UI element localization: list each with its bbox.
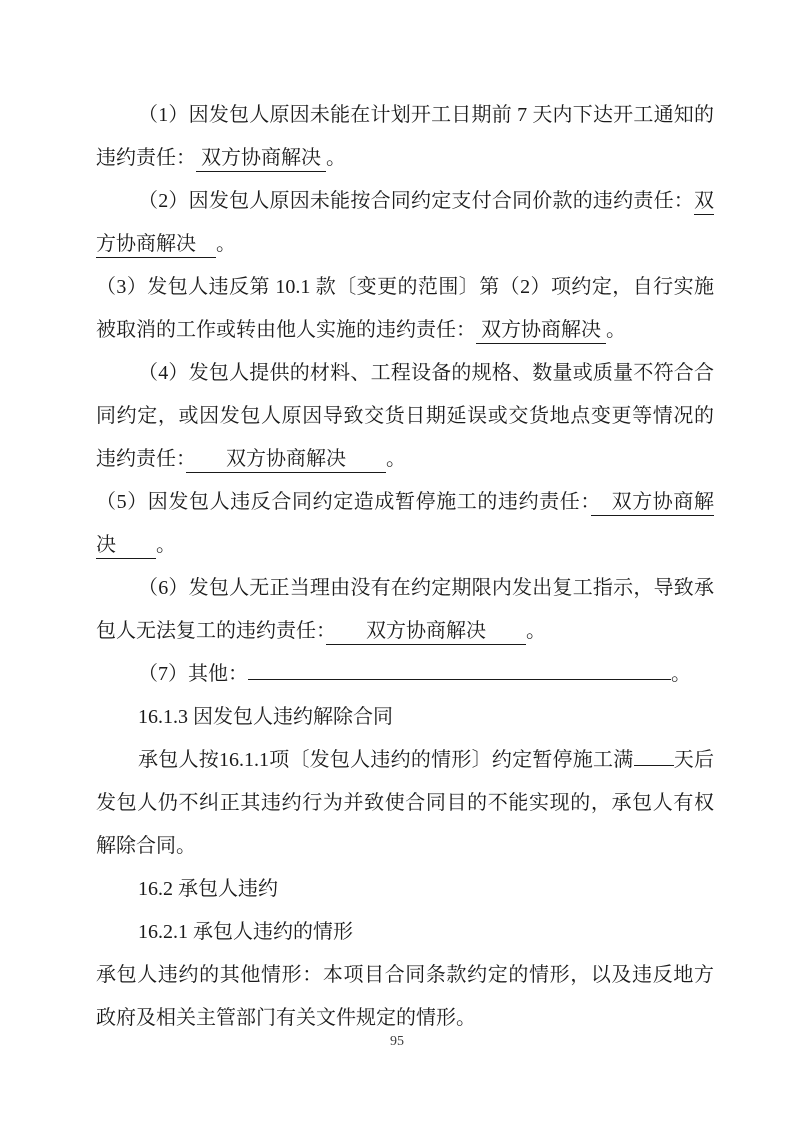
clause-item-5: （5）因发包人违反合同约定造成暂停施工的违约责任： 双方协商解决 。 [96, 481, 714, 567]
paragraph-text: 承包人违约的其他情形：本项目合同条款约定的情形，以及违反地方政府及相关主管部门有… [96, 964, 714, 1029]
heading-16-2-1: 16.2.1 承包人违约的情形 [96, 911, 714, 954]
clause-item-2: （2）因发包人原因未能按合同约定支付合同价款的违约责任：双方协商解决 。 [96, 180, 714, 266]
clause-item-6: （6）发包人无正当理由没有在约定期限内发出复工指示，导致承包人无法复工的违约责任… [96, 567, 714, 653]
filled-blank-text: 双方协商解决 [196, 147, 326, 172]
paragraph-text: 16.2.1 承包人违约的情形 [138, 921, 353, 943]
paragraph-text: 。 [386, 448, 406, 470]
para-16-2-1-body: 承包人违约的其他情形：本项目合同条款约定的情形，以及违反地方政府及相关主管部门有… [96, 954, 714, 1040]
paragraph-text: 。 [216, 233, 236, 255]
paragraph-text: 。 [606, 319, 626, 341]
document-page: （1）因发包人原因未能在计划开工日期前 7 天内下达开工通知的违约责任： 双方协… [0, 0, 794, 1122]
paragraph-text: 16.1.3 因发包人违约解除合同 [138, 706, 393, 728]
blank-underline [248, 659, 671, 680]
paragraph-text: （5）因发包人违反合同约定造成暂停施工的违约责任： [96, 491, 591, 513]
paragraph-text: 。 [671, 663, 691, 685]
filled-blank-text: 双方协商解决 [476, 319, 606, 344]
paragraph-text: 16.2 承包人违约 [138, 878, 278, 900]
heading-16-1-3: 16.1.3 因发包人违约解除合同 [96, 696, 714, 739]
paragraph-text: （1）因发包人原因未能在计划开工日期前 7 天内下达开工通知的违约责任： [96, 104, 714, 169]
paragraph-text: 承包人按16.1.1项〔发包人违约的情形〕约定暂停施工满 [138, 749, 634, 771]
paragraph-text: 。 [326, 147, 346, 169]
document-body: （1）因发包人原因未能在计划开工日期前 7 天内下达开工通知的违约责任： 双方协… [96, 94, 714, 1040]
paragraph-text: 。 [526, 620, 546, 642]
paragraph-text: 。 [156, 534, 176, 556]
paragraph-text: （2）因发包人原因未能按合同约定支付合同价款的违约责任： [138, 190, 694, 212]
clause-item-3: （3）发包人违反第 10.1 款〔变更的范围〕第（2）项约定，自行实施被取消的工… [96, 266, 714, 352]
para-16-1-3-body: 承包人按16.1.1项〔发包人违约的情形〕约定暂停施工满天后发包人仍不纠正其违约… [96, 739, 714, 868]
clause-item-7: （7）其他：。 [96, 653, 714, 696]
clause-item-4: （4）发包人提供的材料、工程设备的规格、数量或质量不符合合同约定，或因发包人原因… [96, 352, 714, 481]
page-number: 95 [0, 1034, 794, 1050]
filled-blank-text: 双方协商解决 [326, 620, 526, 645]
paragraph-text: （7）其他： [138, 663, 248, 685]
blank-underline [634, 745, 674, 766]
clause-item-1: （1）因发包人原因未能在计划开工日期前 7 天内下达开工通知的违约责任： 双方协… [96, 94, 714, 180]
filled-blank-text: 双方协商解决 [186, 448, 386, 473]
heading-16-2: 16.2 承包人违约 [96, 868, 714, 911]
